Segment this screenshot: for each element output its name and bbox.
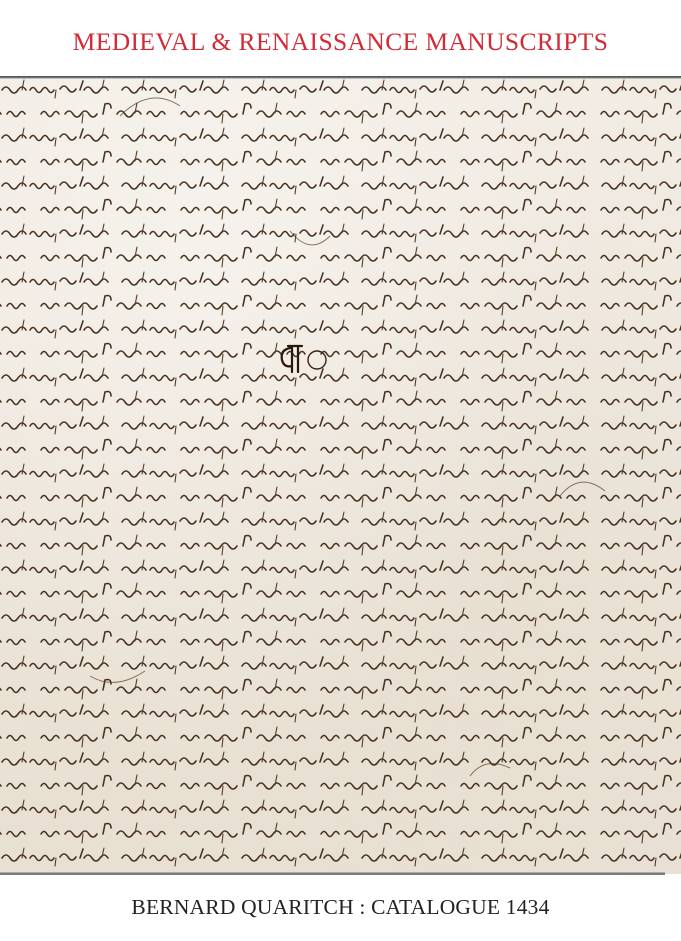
manuscript-script-lines — [0, 76, 681, 874]
cover-title: MEDIEVAL & RENAISSANCE MANUSCRIPTS — [0, 26, 681, 58]
image-top-edge — [0, 76, 681, 79]
manuscript-image — [0, 76, 681, 874]
cover-subtitle: BERNARD QUARITCH : CATALOGUE 1434 — [0, 893, 681, 921]
image-bottom-edge — [0, 872, 665, 875]
script-text-block — [0, 76, 681, 868]
